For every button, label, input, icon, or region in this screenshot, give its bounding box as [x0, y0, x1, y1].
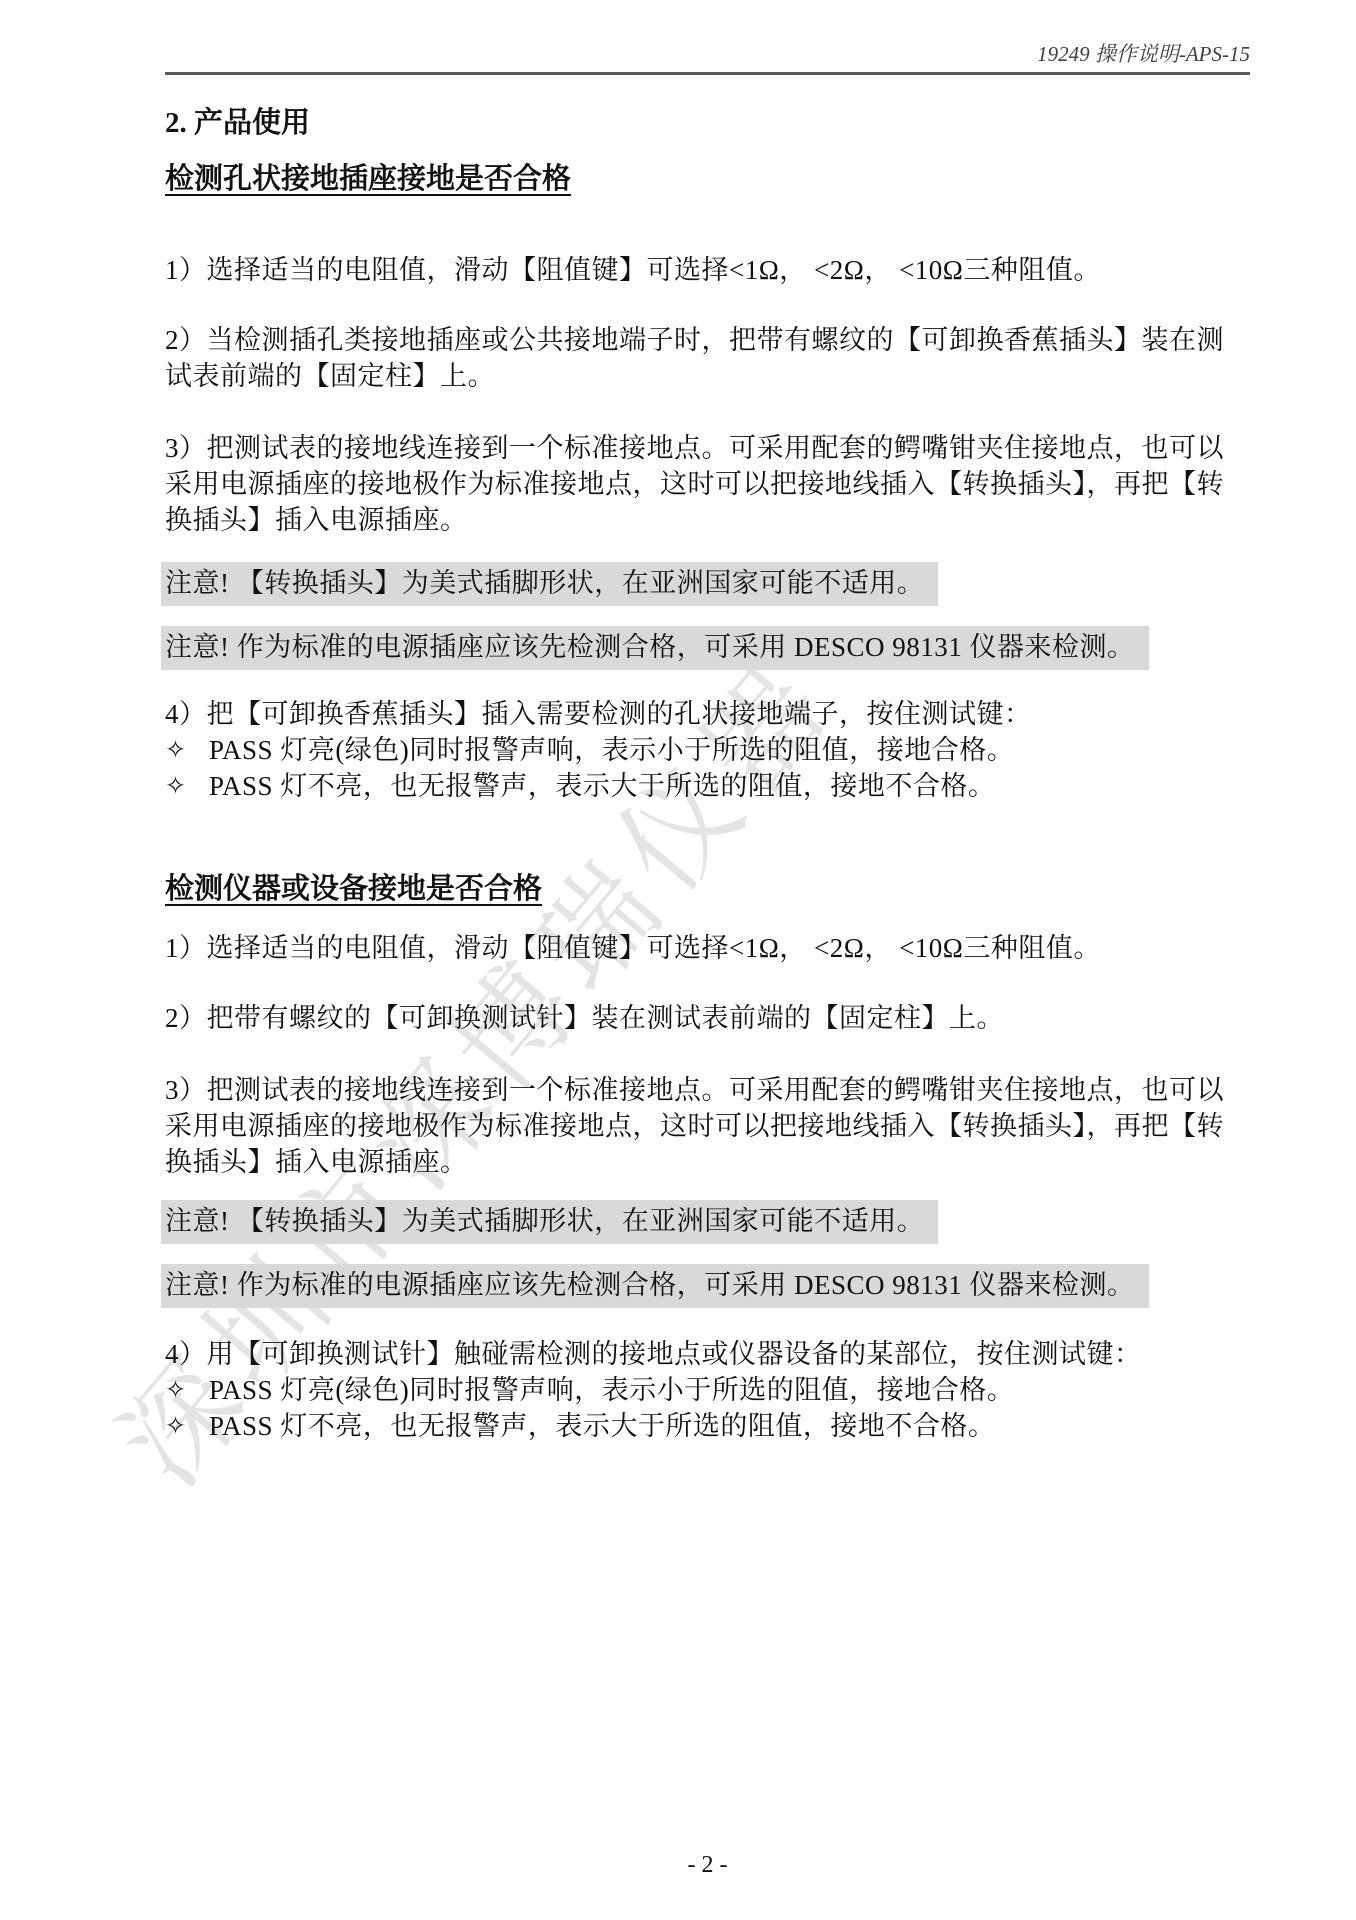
page-content: 19249 操作说明-APS-15 2. 产品使用 检测孔状接地插座接地是否合格…: [0, 0, 1356, 1920]
bullet-text: PASS 灯亮(绿色)同时报警声响，表示小于所选的阻值，接地合格。: [209, 732, 1250, 768]
section2-result-fail: ✧ PASS 灯不亮，也无报警声，表示大于所选的阻值，接地不合格。: [165, 1408, 1250, 1444]
section1-step-1: 1）选择适当的电阻值，滑动【阻值键】可选择<1Ω， <2Ω， <10Ω三种阻值。: [165, 252, 1250, 288]
diamond-bullet-icon: ✧: [165, 768, 209, 804]
section2-result-pass: ✧ PASS 灯亮(绿色)同时报警声响，表示小于所选的阻值，接地合格。: [165, 1372, 1250, 1408]
section2-step-4: 4）用【可卸换测试针】触碰需检测的接地点或仪器设备的某部位，按住测试键：: [165, 1336, 1250, 1372]
section1-step-4-group: 4）把【可卸换香蕉插头】插入需要检测的孔状接地端子，按住测试键： ✧ PASS …: [165, 696, 1250, 804]
diamond-bullet-icon: ✧: [165, 1408, 209, 1444]
section1-note-2: 注意! 作为标准的电源插座应该先检测合格，可采用 DESCO 98131 仪器来…: [165, 626, 1250, 670]
note-highlight: 注意! 作为标准的电源插座应该先检测合格，可采用 DESCO 98131 仪器来…: [161, 626, 1149, 670]
note-highlight: 注意! 【转换插头】为美式插脚形状，在亚洲国家可能不适用。: [161, 1200, 938, 1244]
diamond-bullet-icon: ✧: [165, 732, 209, 768]
section1-step-2: 2）当检测插孔类接地插座或公共接地端子时，把带有螺纹的【可卸换香蕉插头】装在测试…: [165, 322, 1250, 394]
bullet-text: PASS 灯不亮，也无报警声，表示大于所选的阻值，接地不合格。: [209, 1408, 1250, 1444]
section1-result-pass: ✧ PASS 灯亮(绿色)同时报警声响，表示小于所选的阻值，接地合格。: [165, 732, 1250, 768]
section1-step-4: 4）把【可卸换香蕉插头】插入需要检测的孔状接地端子，按住测试键：: [165, 696, 1250, 732]
header-divider-line: [165, 72, 1250, 75]
bullet-text: PASS 灯不亮，也无报警声，表示大于所选的阻值，接地不合格。: [209, 768, 1250, 804]
section1-step-3: 3）把测试表的接地线连接到一个标准接地点。可采用配套的鳄嘴钳夹住接地点，也可以采…: [165, 430, 1250, 538]
section1-result-fail: ✧ PASS 灯不亮，也无报警声，表示大于所选的阻值，接地不合格。: [165, 768, 1250, 804]
section-heading-socket-ground-check: 检测孔状接地插座接地是否合格: [165, 156, 1250, 197]
section2-note-1: 注意! 【转换插头】为美式插脚形状，在亚洲国家可能不适用。: [165, 1200, 1250, 1244]
note-highlight: 注意! 作为标准的电源插座应该先检测合格，可采用 DESCO 98131 仪器来…: [161, 1264, 1149, 1308]
section2-step-1: 1）选择适当的电阻值，滑动【阻值键】可选择<1Ω， <2Ω， <10Ω三种阻值。: [165, 930, 1250, 966]
diamond-bullet-icon: ✧: [165, 1372, 209, 1408]
section-heading-equipment-ground-check: 检测仪器或设备接地是否合格: [165, 866, 1250, 907]
page-number: - 2 -: [165, 1852, 1250, 1879]
page-title: 2. 产品使用: [165, 100, 1250, 141]
bullet-text: PASS 灯亮(绿色)同时报警声响，表示小于所选的阻值，接地合格。: [209, 1372, 1250, 1408]
note-highlight: 注意! 【转换插头】为美式插脚形状，在亚洲国家可能不适用。: [161, 562, 938, 606]
section2-note-2: 注意! 作为标准的电源插座应该先检测合格，可采用 DESCO 98131 仪器来…: [165, 1264, 1250, 1308]
section2-step-2: 2）把带有螺纹的【可卸换测试针】装在测试表前端的【固定柱】上。: [165, 1000, 1250, 1036]
section1-note-1: 注意! 【转换插头】为美式插脚形状，在亚洲国家可能不适用。: [165, 562, 1250, 606]
section2-step-3: 3）把测试表的接地线连接到一个标准接地点。可采用配套的鳄嘴钳夹住接地点，也可以采…: [165, 1072, 1250, 1180]
document-page: 深圳市深博瑞仪器 19249 操作说明-APS-15 2. 产品使用 检测孔状接…: [0, 0, 1356, 1920]
section2-step-4-group: 4）用【可卸换测试针】触碰需检测的接地点或仪器设备的某部位，按住测试键： ✧ P…: [165, 1336, 1250, 1444]
header-doc-reference: 19249 操作说明-APS-15: [165, 38, 1250, 68]
